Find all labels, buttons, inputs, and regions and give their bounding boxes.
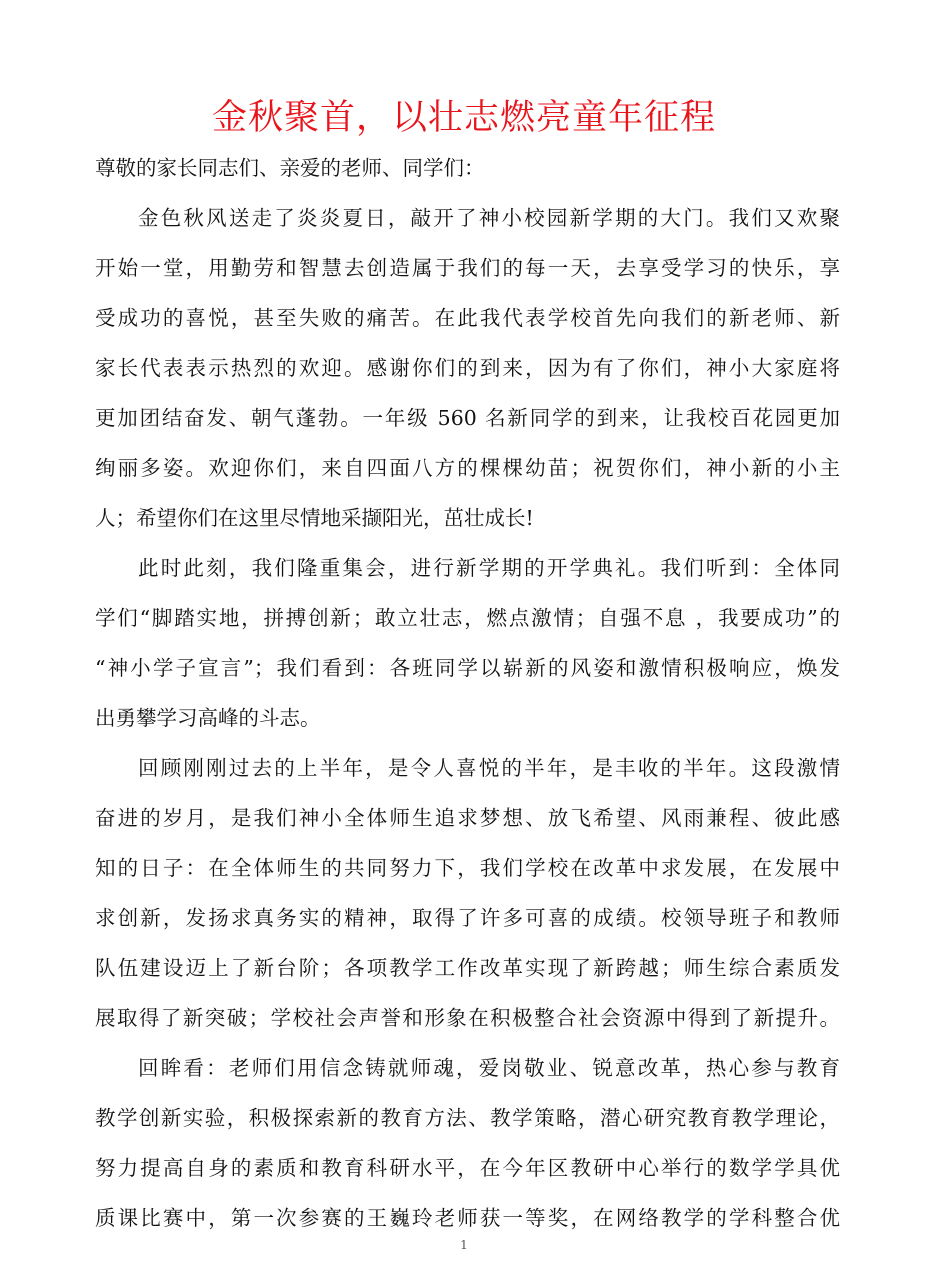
paragraph-line: 人；希望你们在这里尽情地采撷阳光，茁壮成长! xyxy=(95,503,840,533)
paragraph-line: 开始一堂，用勤劳和智慧去创造属于我们的每一天，去享受学习的快乐，享 xyxy=(95,253,840,283)
paragraph-line: 学们“脚踏实地，拼搏创新；敢立壮志，燃点激情；自强不息 ，我要成功”的 xyxy=(95,603,840,633)
paragraph-line: 奋进的岁月，是我们神小全体师生追求梦想、放飞希望、风雨兼程、彼此感 xyxy=(95,803,840,833)
salutation: 尊敬的家长同志们、亲爱的老师、同学们： xyxy=(95,153,840,183)
paragraph-line: 求创新，发扬求真务实的精神，取得了许多可喜的成绩。校领导班子和教师 xyxy=(95,903,840,933)
paragraph-line: 家长代表表示热烈的欢迎。感谢你们的到来，因为有了你们，神小大家庭将 xyxy=(95,353,840,383)
paragraph-line: 回眸看：老师们用信念铸就师魂，爱岗敬业、锐意改革，热心参与教育 xyxy=(138,1053,840,1083)
paragraph-line: 回顾刚刚过去的上半年，是令人喜悦的半年，是丰收的半年。这段激情 xyxy=(138,753,840,783)
paragraph-line: 努力提高自身的素质和教育科研水平，在今年区教研中心举行的数学学具优 xyxy=(95,1153,840,1183)
paragraph-line: “神小学子宣言”；我们看到：各班同学以崭新的风姿和激情积极响应，焕发 xyxy=(95,653,840,683)
document-page: 金秋聚首，以壮志燃亮童年征程 尊敬的家长同志们、亲爱的老师、同学们： 金色秋风送… xyxy=(0,0,928,1287)
paragraph-line: 队伍建设迈上了新台阶；各项教学工作改革实现了新跨越；师生综合素质发 xyxy=(95,953,840,983)
paragraph-line: 金色秋风送走了炎炎夏日，敲开了神小校园新学期的大门。我们又欢聚 xyxy=(138,203,840,233)
paragraph-line: 此时此刻，我们隆重集会，进行新学期的开学典礼。我们听到：全体同 xyxy=(138,553,840,583)
paragraph-line: 质课比赛中，第一次参赛的王巍玲老师获一等奖，在网络教学的学科整合优 xyxy=(95,1203,840,1233)
paragraph-line: 展取得了新突破；学校社会声誉和形象在积极整合社会资源中得到了新提升。 xyxy=(95,1003,840,1033)
paragraph-line: 出勇攀学习高峰的斗志。 xyxy=(95,703,840,733)
page-number: 1 xyxy=(0,1238,928,1252)
paragraph-line: 教学创新实验，积极探索新的教育方法、教学策略，潜心研究教育教学理论， xyxy=(95,1103,840,1133)
paragraph-line: 知的日子：在全体师生的共同努力下，我们学校在改革中求发展，在发展中 xyxy=(95,853,840,883)
paragraph-line: 更加团结奋发、朝气蓬勃。一年级 560 名新同学的到来，让我校百花园更加 xyxy=(95,403,840,433)
paragraph-line: 绚丽多姿。欢迎你们，来自四面八方的棵棵幼苗；祝贺你们，神小新的小主 xyxy=(95,453,840,483)
paragraph-line: 受成功的喜悦，甚至失败的痛苦。在此我代表学校首先向我们的新老师、新 xyxy=(95,303,840,333)
document-title: 金秋聚首，以壮志燃亮童年征程 xyxy=(0,95,928,141)
